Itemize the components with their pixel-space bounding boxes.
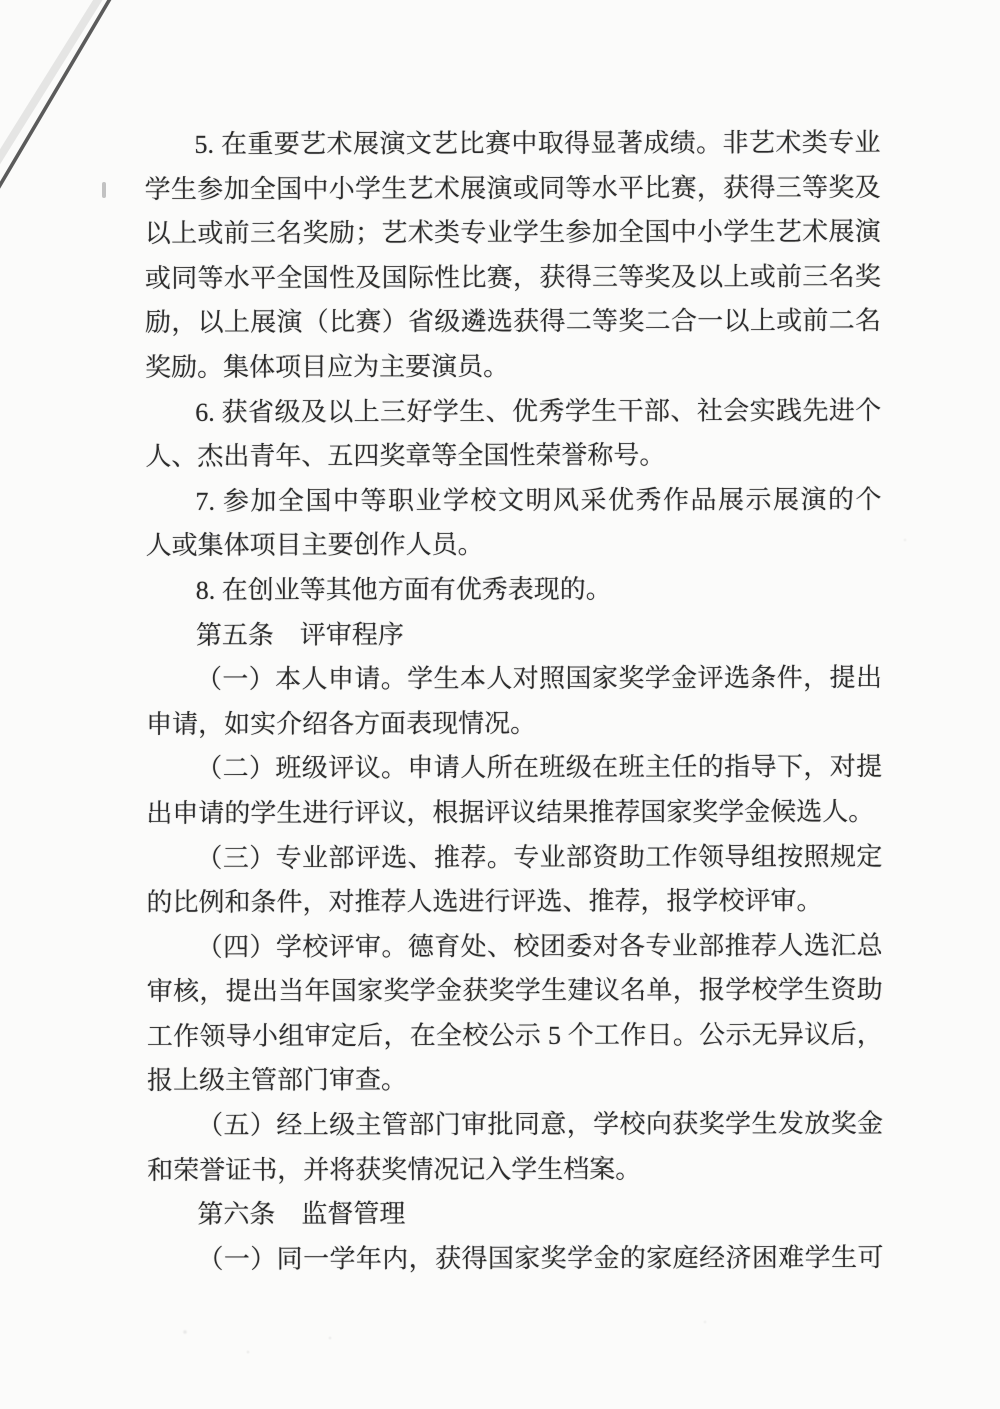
text-line: 和荣誉证书，并将获奖情况记入学生档案。 bbox=[147, 1147, 883, 1194]
text-line: 人、杰出青年、五四奖章等全国性荣誉称号。 bbox=[145, 433, 881, 480]
text-line: （一）同一学年内，获得国家奖学金的家庭经济困难学生可 bbox=[147, 1236, 883, 1283]
scan-speck bbox=[102, 182, 106, 198]
text-line: 5. 在重要艺术展演文艺比赛中取得显著成绩。非艺术类专业 bbox=[144, 121, 880, 168]
text-line: 8. 在创业等其他方面有优秀表现的。 bbox=[146, 567, 882, 614]
document-body: 5. 在重要艺术展演文艺比赛中取得显著成绩。非艺术类专业学生参加全国中小学生艺术… bbox=[144, 121, 883, 1282]
text-line: （二）班级评议。申请人所在班级在班主任的指导下，对提 bbox=[146, 745, 882, 792]
text-line: 的比例和条件，对推荐人选进行评选、推荐，报学校评审。 bbox=[146, 879, 882, 926]
text-line: （五）经上级主管部门审批同意，学校向获奖学生发放奖金 bbox=[147, 1102, 883, 1149]
text-line: 以上或前三名奖励；艺术类专业学生参加全国中小学生艺术展演 bbox=[145, 210, 881, 257]
text-line: 审核，提出当年国家奖学金获奖学生建议名单，报学校学生资助 bbox=[147, 968, 883, 1015]
document-page: 5. 在重要艺术展演文艺比赛中取得显著成绩。非艺术类专业学生参加全国中小学生艺术… bbox=[0, 0, 1000, 1409]
text-line: 报上级主管部门审查。 bbox=[147, 1058, 883, 1105]
text-line: 或同等水平全国性及国际性比赛，获得三等奖及以上或前三名奖 bbox=[145, 255, 881, 302]
text-line: 励，以上展演（比赛）省级遴选获得二等奖二合一以上或前二名 bbox=[145, 299, 881, 346]
text-line: 出申请的学生进行评议，根据评议结果推荐国家奖学金候选人。 bbox=[146, 790, 882, 837]
text-line: （一）本人申请。学生本人对照国家奖学金评选条件，提出 bbox=[146, 656, 882, 703]
text-line: 7. 参加全国中等职业学校文明风采优秀作品展示展演的个 bbox=[145, 478, 881, 525]
text-line: 申请，如实介绍各方面表现情况。 bbox=[146, 701, 882, 748]
text-line: （三）专业部评选、推荐。专业部资助工作领导组按照规定 bbox=[146, 835, 882, 882]
text-line: 学生参加全国中小学生艺术展演或同等水平比赛，获得三等奖及 bbox=[145, 166, 881, 213]
text-line: 第五条 评审程序 bbox=[146, 612, 882, 659]
text-line: 人或集体项目主要创作人员。 bbox=[146, 522, 882, 569]
scan-fold-line-icon bbox=[0, 0, 140, 210]
text-line: （四）学校评审。德育处、校团委对各专业部推荐人选汇总 bbox=[147, 924, 883, 971]
text-line: 6. 获省级及以上三好学生、优秀学生干部、社会实践先进个 bbox=[145, 389, 881, 436]
text-line: 奖励。集体项目应为主要演员。 bbox=[145, 344, 881, 391]
text-line: 工作领导小组审定后，在全校公示 5 个工作日。公示无异议后， bbox=[147, 1013, 883, 1060]
text-line: 第六条 监督管理 bbox=[147, 1191, 883, 1238]
